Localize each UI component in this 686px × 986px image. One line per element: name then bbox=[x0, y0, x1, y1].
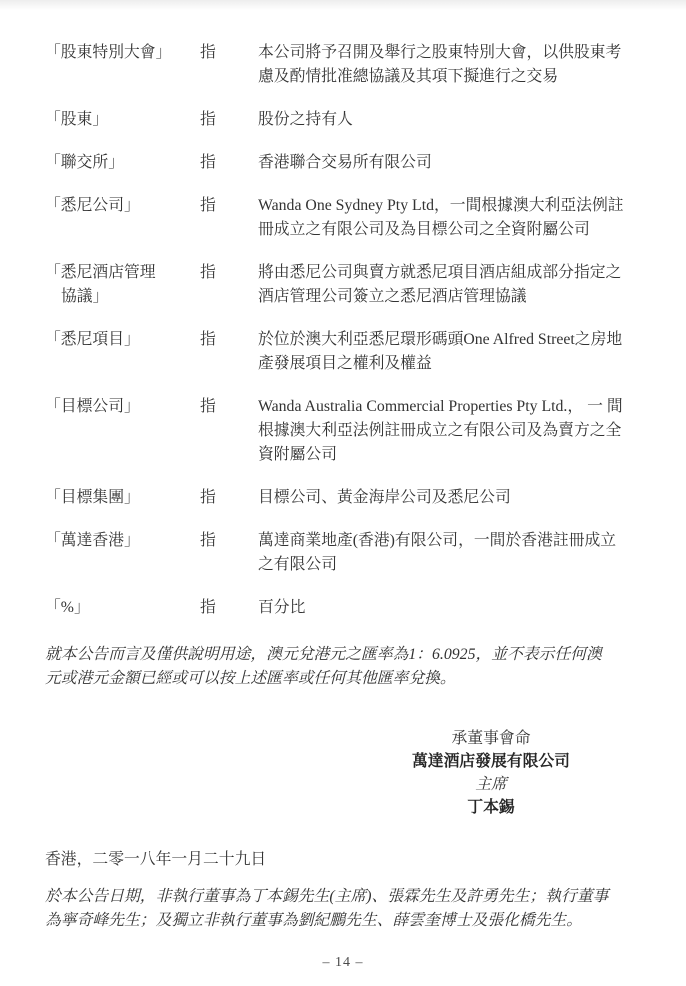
definition-text: 百分比 bbox=[258, 596, 641, 620]
definition-row: 「股東特別大會」 指 本公司將予召開及舉行之股東特別大會，以供股東考 慮及酌情批… bbox=[45, 41, 641, 89]
definition-term: 「聯交所」 bbox=[45, 151, 200, 175]
signature-by-order: 承董事會命 bbox=[341, 727, 641, 750]
document-page: 「股東特別大會」 指 本公司將予召開及舉行之股東特別大會，以供股東考 慮及酌情批… bbox=[0, 0, 686, 986]
definition-connector: 指 bbox=[200, 596, 258, 620]
definition-text: 於位於澳大利亞悉尼環形碼頭One Alfred Street之房地 產發展項目之… bbox=[258, 328, 641, 376]
definition-text: Wanda Australia Commercial Properties Pt… bbox=[258, 395, 641, 467]
definition-row: 「目標公司」 指 Wanda Australia Commercial Prop… bbox=[45, 395, 641, 467]
signature-name: 丁本錫 bbox=[341, 796, 641, 819]
definition-text: 萬達商業地產(香港)有限公司，一間於香港註冊成立 之有限公司 bbox=[258, 529, 641, 577]
definition-text: 股份之持有人 bbox=[258, 108, 641, 132]
definition-row: 「%」 指 百分比 bbox=[45, 596, 641, 620]
signature-block: 承董事會命 萬達酒店發展有限公司 主席 丁本錫 bbox=[341, 727, 641, 819]
definition-term: 「目標公司」 bbox=[45, 395, 200, 419]
definition-row: 「股東」 指 股份之持有人 bbox=[45, 108, 641, 132]
definition-term: 「悉尼酒店管理 協議」 bbox=[45, 261, 200, 309]
definition-connector: 指 bbox=[200, 41, 258, 65]
definition-row: 「目標集團」 指 目標公司、黃金海岸公司及悉尼公司 bbox=[45, 486, 641, 510]
definition-row: 「悉尼項目」 指 於位於澳大利亞悉尼環形碼頭One Alfred Street之… bbox=[45, 328, 641, 376]
definition-term: 「悉尼公司」 bbox=[45, 194, 200, 218]
definition-connector: 指 bbox=[200, 395, 258, 419]
definition-text: Wanda One Sydney Pty Ltd，一間根據澳大利亞法例註 冊成立… bbox=[258, 194, 641, 242]
definition-connector: 指 bbox=[200, 529, 258, 553]
definition-text: 本公司將予召開及舉行之股東特別大會，以供股東考 慮及酌情批准總協議及其項下擬進行… bbox=[258, 41, 641, 89]
directors-note: 於本公告日期，非執行董事為丁本錫先生(主席)、張霖先生及許勇先生；執行董事 為寧… bbox=[45, 885, 641, 933]
definition-row: 「聯交所」 指 香港聯合交易所有限公司 bbox=[45, 151, 641, 175]
exchange-rate-note: 就本公告而言及僅供說明用途，澳元兌港元之匯率為1：6.0925，並不表示任何澳 … bbox=[45, 643, 641, 691]
definition-term: 「股東」 bbox=[45, 108, 200, 132]
definition-connector: 指 bbox=[200, 328, 258, 352]
definition-row: 「萬達香港」 指 萬達商業地產(香港)有限公司，一間於香港註冊成立 之有限公司 bbox=[45, 529, 641, 577]
definitions-list: 「股東特別大會」 指 本公司將予召開及舉行之股東特別大會，以供股東考 慮及酌情批… bbox=[45, 41, 641, 620]
definition-term: 「萬達香港」 bbox=[45, 529, 200, 553]
signature-title: 主席 bbox=[341, 773, 641, 796]
definition-term: 「%」 bbox=[45, 596, 200, 620]
definition-connector: 指 bbox=[200, 486, 258, 510]
definition-text: 目標公司、黃金海岸公司及悉尼公司 bbox=[258, 486, 641, 510]
definition-text: 將由悉尼公司與賣方就悉尼項目酒店組成部分指定之 酒店管理公司簽立之悉尼酒店管理協… bbox=[258, 261, 641, 309]
signature-company: 萬達酒店發展有限公司 bbox=[341, 750, 641, 773]
definition-row: 「悉尼酒店管理 協議」 指 將由悉尼公司與賣方就悉尼項目酒店組成部分指定之 酒店… bbox=[45, 261, 641, 309]
definition-text: 香港聯合交易所有限公司 bbox=[258, 151, 641, 175]
definition-term: 「悉尼項目」 bbox=[45, 328, 200, 352]
page-number: – 14 – bbox=[45, 955, 641, 971]
definition-term: 「目標集團」 bbox=[45, 486, 200, 510]
definition-term: 「股東特別大會」 bbox=[45, 41, 200, 65]
dateline: 香港，二零一八年一月二十九日 bbox=[45, 848, 641, 872]
definition-connector: 指 bbox=[200, 151, 258, 175]
definition-row: 「悉尼公司」 指 Wanda One Sydney Pty Ltd，一間根據澳大… bbox=[45, 194, 641, 242]
definition-connector: 指 bbox=[200, 108, 258, 132]
definition-connector: 指 bbox=[200, 194, 258, 218]
definition-connector: 指 bbox=[200, 261, 258, 285]
